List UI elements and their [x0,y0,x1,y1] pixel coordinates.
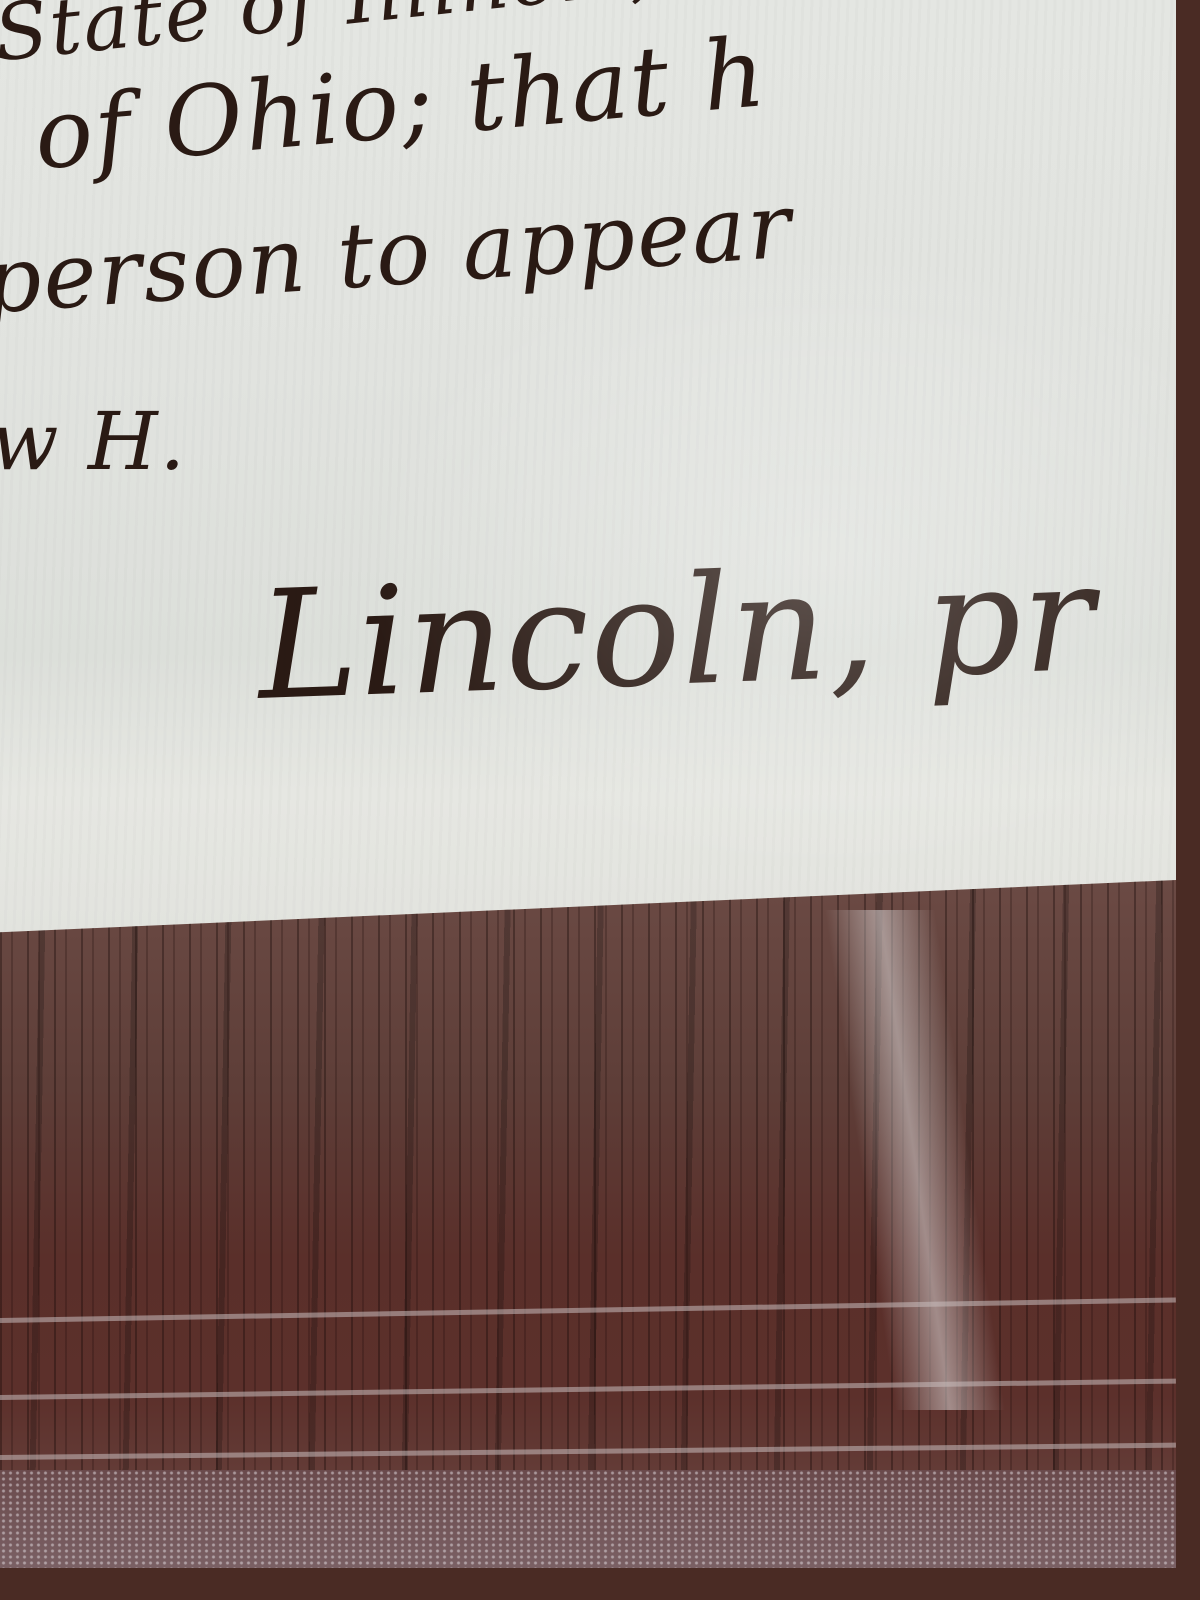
handwritten-document: State of Illinois, an of Ohio; that h pe… [0,0,1176,935]
handwritten-line-3: person to appear [0,173,796,334]
wood-surface [0,880,1176,1568]
handwritten-line-4: w H. [0,395,187,488]
handwritten-line-1: State of Illinois, an [0,0,785,80]
handwritten-line-2: of Ohio; that h [30,16,771,192]
signature: Lincoln, pr [255,531,1098,734]
textured-base [0,1470,1176,1568]
